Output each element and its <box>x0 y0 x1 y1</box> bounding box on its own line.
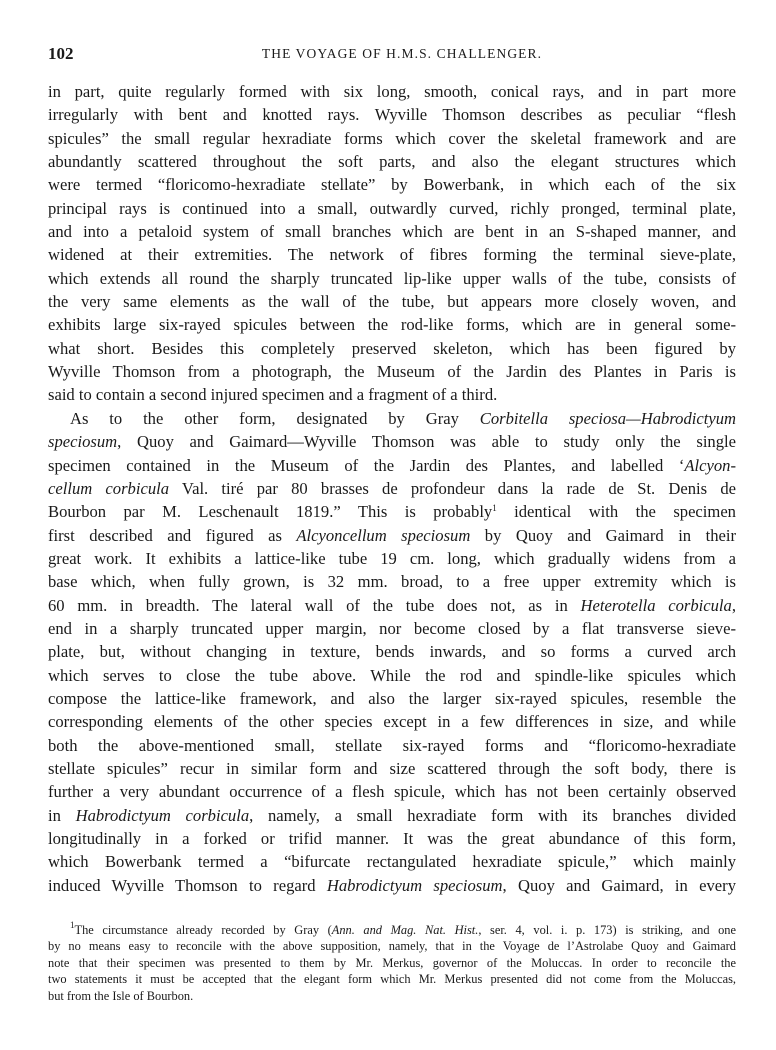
body-line: what short. Besides this completely pres… <box>48 337 736 360</box>
paragraph-2-line: plate, but, without changing in texture,… <box>48 640 736 663</box>
species-name: speciosum <box>48 432 117 451</box>
body-text: in part, quite regularly formed with six… <box>48 80 736 897</box>
paragraph-2-line: induced Wyville Thomson to regard Habrod… <box>48 874 736 897</box>
body-line: in part, quite regularly formed with six… <box>48 80 736 103</box>
paragraph-2-line: in Habrodictyum corbicula, namely, a sma… <box>48 804 736 827</box>
species-name: Habrodictyum speciosum <box>327 876 503 895</box>
body-line: widened at their extremities. The networ… <box>48 243 736 266</box>
species-name: Heterotella corbicula <box>581 596 732 615</box>
body-line: irregularly with bent and knotted rays. … <box>48 103 736 126</box>
paragraph-2-line: compose the lattice-like framework, and … <box>48 687 736 710</box>
running-title: THE VOYAGE OF H.M.S. CHALLENGER. <box>48 46 736 62</box>
species-name: Alcyoncellum speciosum <box>296 526 470 545</box>
footnote-line: two statements it must be accepted that … <box>48 971 736 987</box>
footnote-line: by no means easy to reconcile with the a… <box>48 938 736 954</box>
body-line: principal rays is continued into a small… <box>48 197 736 220</box>
paragraph-2-line: which serves to close the tube above. Wh… <box>48 664 736 687</box>
body-line: which extends all round the sharply trun… <box>48 267 736 290</box>
book-page: 102 THE VOYAGE OF H.M.S. CHALLENGER. in … <box>0 0 776 1050</box>
paragraph-2-line: specimen contained in the Museum of the … <box>48 454 736 477</box>
footnotes: 1The circumstance already recorded by Gr… <box>48 922 736 1004</box>
body-line: exhibits large six-rayed spicules betwee… <box>48 313 736 336</box>
paragraph-2-line: 60 mm. in breadth. The lateral wall of t… <box>48 594 736 617</box>
paragraph-2-line: end in a sharply truncated upper margin,… <box>48 617 736 640</box>
journal-title: Ann. and Mag. Nat. Hist. <box>332 923 479 937</box>
paragraph-2-line: which Bowerbank termed a “bifurcate rect… <box>48 850 736 873</box>
paragraph-2-line: As to the other form, designated by Gray… <box>48 407 736 430</box>
body-line: abundantly scattered throughout the soft… <box>48 150 736 173</box>
paragraph-2-line: longitudinally in a forked or trifid man… <box>48 827 736 850</box>
body-line: and into a petaloid system of small bran… <box>48 220 736 243</box>
paragraph-2-line: speciosum, Quoy and Gaimard—Wyville Thom… <box>48 430 736 453</box>
species-name: cellum corbicula <box>48 479 169 498</box>
footnote-line: 1The circumstance already recorded by Gr… <box>48 922 736 938</box>
paragraph-2-line: cellum corbicula Val. tiré par 80 brasse… <box>48 477 736 500</box>
page-header: 102 THE VOYAGE OF H.M.S. CHALLENGER. <box>48 44 736 66</box>
footnote-line: but from the Isle of Bourbon. <box>48 988 736 1004</box>
paragraph-2-line: Bourbon par M. Leschenault 1819.” This i… <box>48 500 736 523</box>
paragraph-2-line: further a very abundant occurrence of a … <box>48 780 736 803</box>
paragraph-2-line: both the above-mentioned small, stellate… <box>48 734 736 757</box>
paragraph-2-line: great work. It exhibits a lattice-like t… <box>48 547 736 570</box>
body-line: said to contain a second injured specime… <box>48 383 736 406</box>
species-name: Corbitella speciosa—Habrodictyum <box>480 409 736 428</box>
species-name: Habrodictyum corbicula <box>76 806 250 825</box>
species-name: Alcyon- <box>684 456 736 475</box>
paragraph-2-line: corresponding elements of the other spec… <box>48 710 736 733</box>
body-line: the very same elements as the wall of th… <box>48 290 736 313</box>
footnote-line: note that their specimen was presented t… <box>48 955 736 971</box>
paragraph-2-line: first described and figured as Alcyoncel… <box>48 524 736 547</box>
paragraph-2-line: base which, when fully grown, is 32 mm. … <box>48 570 736 593</box>
body-line: Wyville Thomson from a photograph, the M… <box>48 360 736 383</box>
body-line: spicules” the small regular hexradiate f… <box>48 127 736 150</box>
paragraph-2-line: stellate spicules” recur in similar form… <box>48 757 736 780</box>
body-line: were termed “floricomo-hexradiate stella… <box>48 173 736 196</box>
